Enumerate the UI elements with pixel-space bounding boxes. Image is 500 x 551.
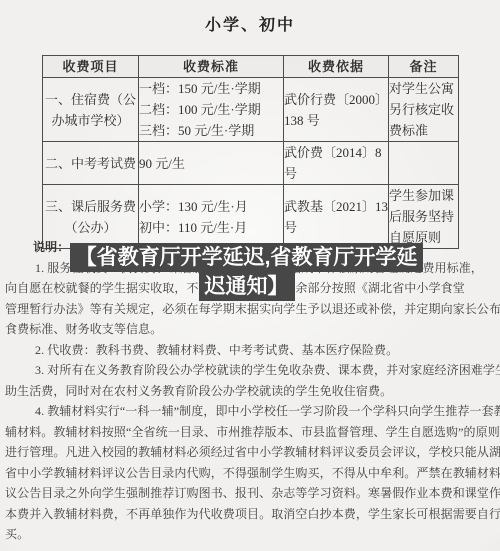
header-fee-standard: 收费标准 (139, 56, 284, 78)
notes-line: 辅材料。教辅材料按照“全省统一目录、市州推荐版本、市县监督管理、学生自愿选购”的… (5, 422, 495, 443)
table-row: 二、中考考试费 90 元/生 武价费〔2014〕8 号 (43, 142, 459, 185)
cell-basis-2: 武价费〔2014〕8 号 (284, 142, 389, 185)
header-fee-basis: 收费依据 (284, 56, 389, 78)
overlay-caption-line-2: 迟通知】 (199, 272, 295, 301)
cell-standard-2: 90 元/生 (139, 142, 284, 185)
overlay-caption-line-1: 【省教育厅开学延迟,省教育厅开学延 (70, 243, 424, 272)
notes-line: 进行管理。凡进入校园的教辅材料必须经过省中小学教辅材料评议委员会评议，学校只能从… (5, 442, 495, 463)
cell-note-1: 对学生公寓 另行核定收 费标准 (389, 78, 459, 142)
notes-line: 助生活费，同时对在农村义务教育阶段公办学校就读的学生免收住宿费。 (5, 381, 495, 402)
cell-item-2: 二、中考考试费 (43, 142, 139, 185)
notes-line: 省中小学教辅材料评议公告目录内代购，不得强制学生购买，不得从中牟利。严禁在教辅材… (5, 463, 495, 484)
notes-line: 买。 (5, 524, 495, 545)
notes-line: 3. 对所有在义务教育阶段公办学校就读的学生免收杂费、课本费，并对家庭经济困难学… (5, 360, 495, 381)
cell-basis-1: 武价行费〔2000〕 138 号 (284, 78, 389, 142)
header-remark: 备注 (389, 56, 459, 78)
notes-line: 2. 代收费：教科书费、教辅材料费、中考考试费、基本医疗保险费。 (5, 340, 495, 361)
fee-table: 收费项目 收费标准 收费依据 备注 一、住宿费（公 办城市学校） 一档：150 … (42, 55, 459, 249)
notes-line: 议公告目录之外向学生强制推荐订购图书、报刊、杂志等学习资料。寒暑假作业本费和课堂… (5, 483, 495, 504)
overlay-caption: 【省教育厅开学延迟,省教育厅开学延 迟通知】 (63, 243, 430, 301)
document-page: 小学、初中 收费项目 收费标准 收费依据 备注 一、住宿费（公 办城市学校） 一… (0, 0, 500, 551)
table-row: 一、住宿费（公 办城市学校） 一档：150 元/生·学期 二档：100 元/生·… (43, 78, 459, 142)
notes-line: 本费并入教辅材料费，不再单独作为代收费项目。取消空白抄本费，学生家长可根据需要自… (5, 504, 495, 525)
table-header-row: 收费项目 收费标准 收费依据 备注 (43, 56, 459, 78)
notes-line: 食费标准、财务收支等信息。 (5, 319, 495, 340)
page-title: 小学、初中 (0, 12, 500, 35)
notes-line: 4. 教辅材料实行“一科一辅”制度，即中小学校任一学习阶段一个学科只向学生推荐一… (5, 401, 495, 422)
cell-standard-1: 一档：150 元/生·学期 二档：100 元/生·学期 三档：50 元/生·学期 (139, 78, 284, 142)
cell-item-1: 一、住宿费（公 办城市学校） (43, 78, 139, 142)
cell-note-2 (389, 142, 459, 185)
header-fee-item: 收费项目 (43, 56, 139, 78)
notes-line: 管理暂行办法》等有关规定，必须在每学期末据实向学生予以退还或补偿，并定期向家长公… (5, 299, 495, 320)
